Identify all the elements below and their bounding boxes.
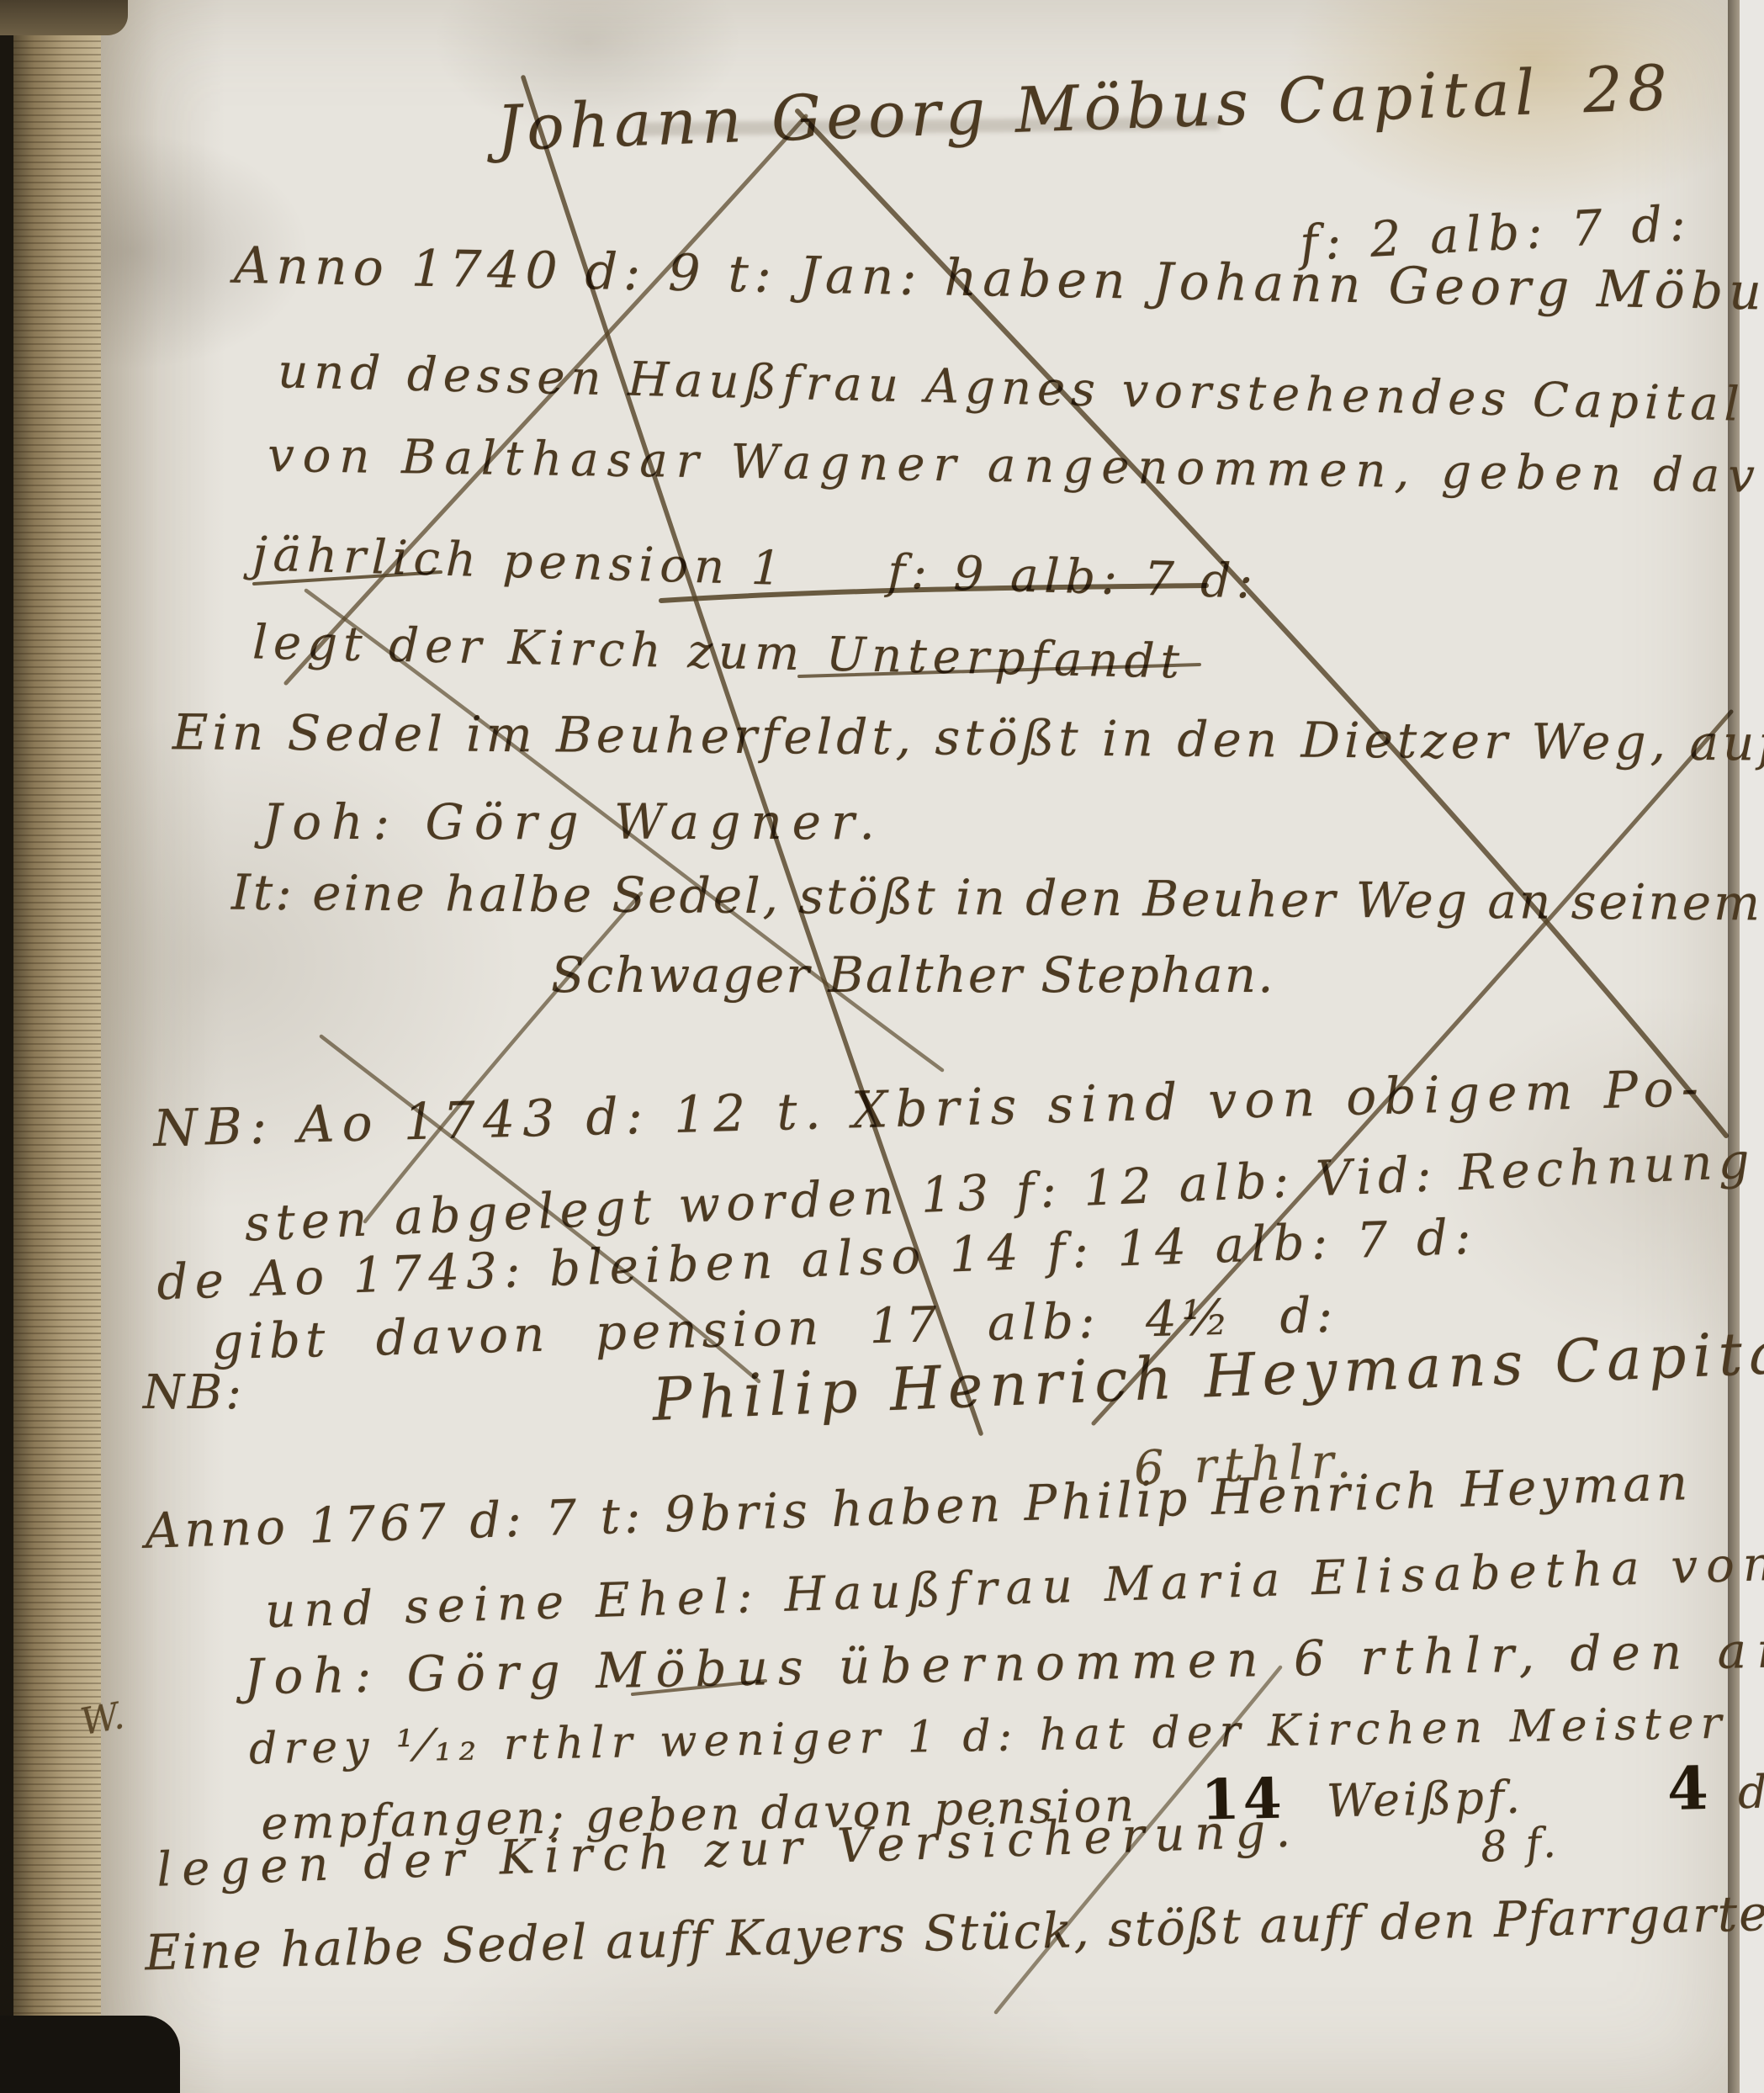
book-spine-shadow: [0, 0, 13, 2093]
entry1740-parcel2-line2: Schwager Balther Stephan.: [551, 951, 1275, 999]
pension-amount-struck: f: 9 alb: 7 d:: [887, 548, 1259, 606]
entry1767-pension-subnote: 8 f.: [1479, 1821, 1560, 1868]
pension-label: jährlich pension 1: [252, 531, 787, 593]
pension-value-d: 4: [1666, 1759, 1712, 1819]
book-cover-top-corner: [0, 0, 128, 35]
entry1740-parcel1-line1: Ein Sedel im Beuherfeldt, stößt in den D…: [172, 707, 1764, 768]
manuscript-scan: Johann Georg Möbus Capital 28 f: 2 alb: …: [0, 0, 1764, 2093]
scan-bottom-left-background: [0, 2016, 180, 2093]
pension-unit-weisspf: Weißpf.: [1326, 1775, 1523, 1825]
note1743-marginal-nb: NB:: [143, 1370, 245, 1417]
entry1767-marginal-mark: W.: [78, 1698, 127, 1741]
entry1740-parcel1-line2: Joh: Görg Wagner.: [262, 797, 885, 846]
entry1740-parcel2-line1: It: eine halbe Sedel, stößt in den Beuhe…: [231, 868, 1763, 928]
page-number: 28: [1582, 57, 1674, 123]
pension-unit-d: d:: [1737, 1769, 1764, 1815]
